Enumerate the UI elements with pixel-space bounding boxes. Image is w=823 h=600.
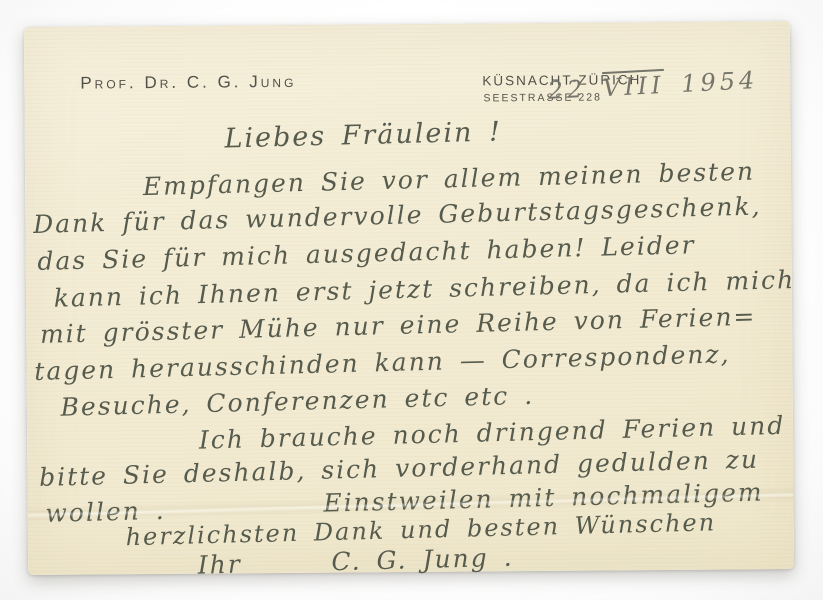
photo-of-letter: Prof. Dr. C. G. Jung Küsnacht-Zürich See… — [0, 0, 823, 600]
letterhead-name: Prof. Dr. C. G. Jung — [80, 72, 296, 94]
salutation: Liebes Fräulein ! — [224, 116, 502, 154]
handwritten-line: Besuche, Conferenzen etc etc . — [60, 381, 534, 422]
date-day: 22 — [547, 75, 587, 105]
date-year: 1954 — [680, 66, 758, 98]
date-month: VIII — [602, 71, 665, 102]
letter-paper: Prof. Dr. C. G. Jung Küsnacht-Zürich See… — [24, 21, 794, 575]
